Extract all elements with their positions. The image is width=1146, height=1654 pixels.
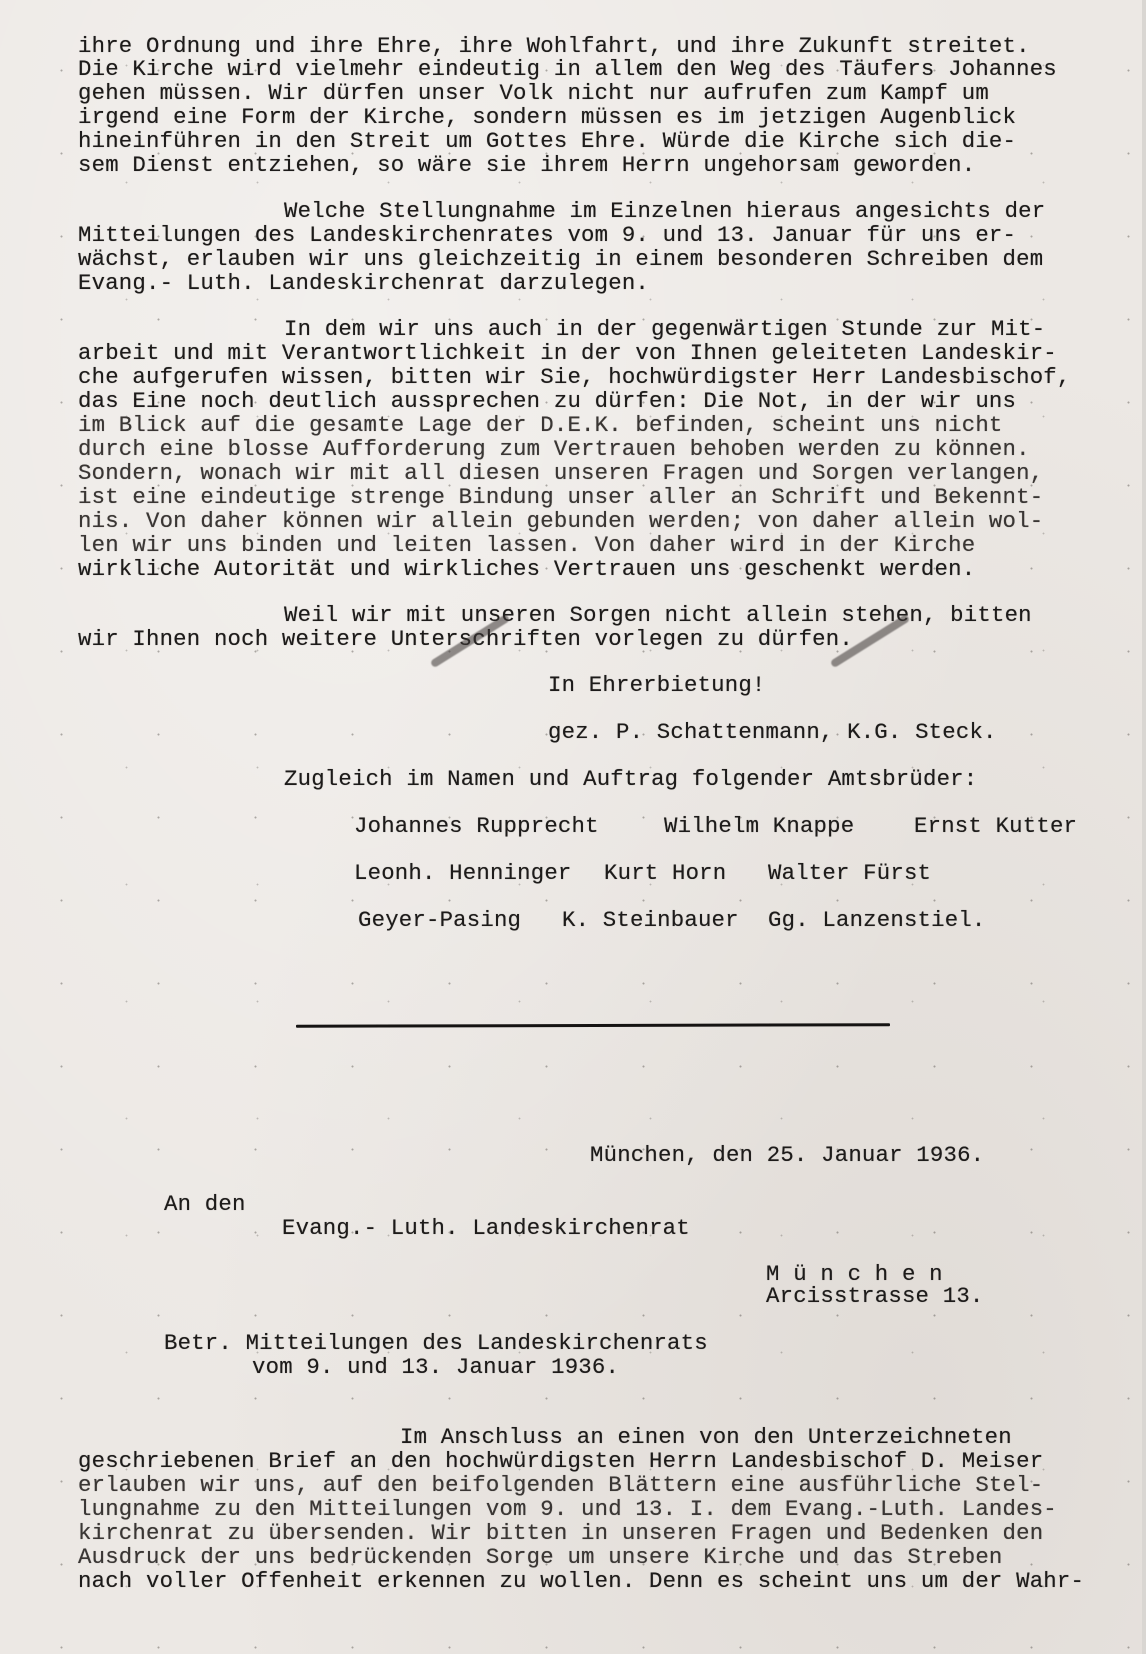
letter2-body-line-7: nach voller Offenheit erkennen zu wollen… xyxy=(78,1569,1084,1593)
letter1-p3-line-8: ist eine eindeutige strenge Bindung unse… xyxy=(78,485,1043,509)
letter1-p2-line-2: Mitteilungen des Landeskirchenrates vom … xyxy=(78,223,1016,247)
cosigner-name: Johannes Rupprecht xyxy=(354,814,599,838)
letter2-body-line-3: erlauben wir uns, auf den beifolgenden B… xyxy=(78,1473,1043,1497)
cosigner-name: K. Steinbauer xyxy=(562,908,739,932)
typewritten-document-page: ihre Ordnung und ihre Ehre, ihre Wohlfah… xyxy=(0,0,1146,1654)
letter2-body-line-5: kirchenrat zu übersenden. Wir bitten in … xyxy=(78,1521,1043,1545)
letter2-subject-line-2: vom 9. und 13. Januar 1936. xyxy=(252,1355,619,1379)
section-divider-rule xyxy=(296,1023,890,1028)
letter1-p2-line-3: wächst, erlauben wir uns gleichzeitig in… xyxy=(78,247,1043,271)
letter1-p3-line-10: len wir uns binden und leiten lassen. Vo… xyxy=(78,533,975,557)
letter1-p4-line-1: Weil wir mit unseren Sorgen nicht allein… xyxy=(284,603,1032,627)
letter2-place-date: München, den 25. Januar 1936. xyxy=(590,1143,984,1167)
letter2-recipient: Evang.- Luth. Landeskirchenrat xyxy=(282,1216,690,1240)
letter1-p3-line-11: wirkliche Autorität und wirkliches Vertr… xyxy=(78,557,975,581)
letter2-recipient-prefix: An den xyxy=(164,1192,246,1216)
letter2-body-line-1: Im Anschluss an einen von den Unterzeich… xyxy=(400,1425,1012,1449)
letter1-p3-line-3: che aufgerufen wissen, bitten wir Sie, h… xyxy=(78,365,1070,389)
letter1-p3-line-5: im Blick auf die gesamte Lage der D.E.K.… xyxy=(78,413,1003,437)
letter1-p2-line-1: Welche Stellungnahme im Einzelnen hierau… xyxy=(284,199,1045,223)
cosigner-name: Geyer-Pasing xyxy=(358,908,521,932)
cosigners-intro: Zugleich im Namen und Auftrag folgender … xyxy=(284,767,977,791)
letter1-p1-line-1: ihre Ordnung und ihre Ehre, ihre Wohlfah… xyxy=(78,34,1030,58)
cosigner-name: Ernst Kutter xyxy=(914,814,1077,838)
cosigner-name: Gg. Lanzenstiel. xyxy=(768,908,986,932)
letter1-p3-line-9: nis. Von daher können wir allein gebunde… xyxy=(78,509,1043,533)
page-edge xyxy=(1142,0,1146,1654)
letter2-body-line-4: lungnahme zu den Mitteilungen vom 9. und… xyxy=(78,1497,1057,1521)
letter1-p3-line-2: arbeit und mit Verantwortlichkeit in der… xyxy=(78,341,1057,365)
cosigner-name: Leonh. Henninger xyxy=(354,861,572,885)
letter2-subject-line-1: Betr. Mitteilungen des Landeskirchenrats xyxy=(164,1331,708,1355)
cosigner-name: Kurt Horn xyxy=(604,861,726,885)
letter1-p3-line-1: In dem wir uns auch in der gegenwärtigen… xyxy=(284,317,1045,341)
letter1-signature: gez. P. Schattenmann, K.G. Steck. xyxy=(548,720,997,744)
cosigner-name: Wilhelm Knappe xyxy=(664,814,854,838)
letter1-p3-line-7: Sondern, wonach wir mit all diesen unser… xyxy=(78,461,1043,485)
cosigner-name: Walter Fürst xyxy=(768,861,931,885)
letter1-p1-line-6: sem Dienst entziehen, so wäre sie ihrem … xyxy=(78,153,975,177)
letter1-p2-line-4: Evang.- Luth. Landeskirchenrat darzulege… xyxy=(78,271,649,295)
letter1-closing: In Ehrerbietung! xyxy=(548,673,766,697)
letter1-p1-line-2: Die Kirche wird vielmehr eindeutig in al… xyxy=(78,57,1057,81)
letter1-p1-line-4: irgend eine Form der Kirche, sondern müs… xyxy=(78,105,1016,129)
letter1-p1-line-3: gehen müssen. Wir dürfen unser Volk nich… xyxy=(78,81,989,105)
letter2-body-line-2: geschriebenen Brief an den hochwürdigste… xyxy=(78,1449,1043,1473)
letter1-p3-line-6: durch eine blosse Aufforderung zum Vertr… xyxy=(78,437,1030,461)
letter2-body-line-6: Ausdruck der uns bedrückenden Sorge um u… xyxy=(78,1545,1003,1569)
letter2-street: Arcisstrasse 13. xyxy=(766,1284,984,1308)
letter1-p1-line-5: hineinführen in den Streit um Gottes Ehr… xyxy=(78,129,1016,153)
letter1-p3-line-4: das Eine noch deutlich aussprechen zu dü… xyxy=(78,389,1016,413)
